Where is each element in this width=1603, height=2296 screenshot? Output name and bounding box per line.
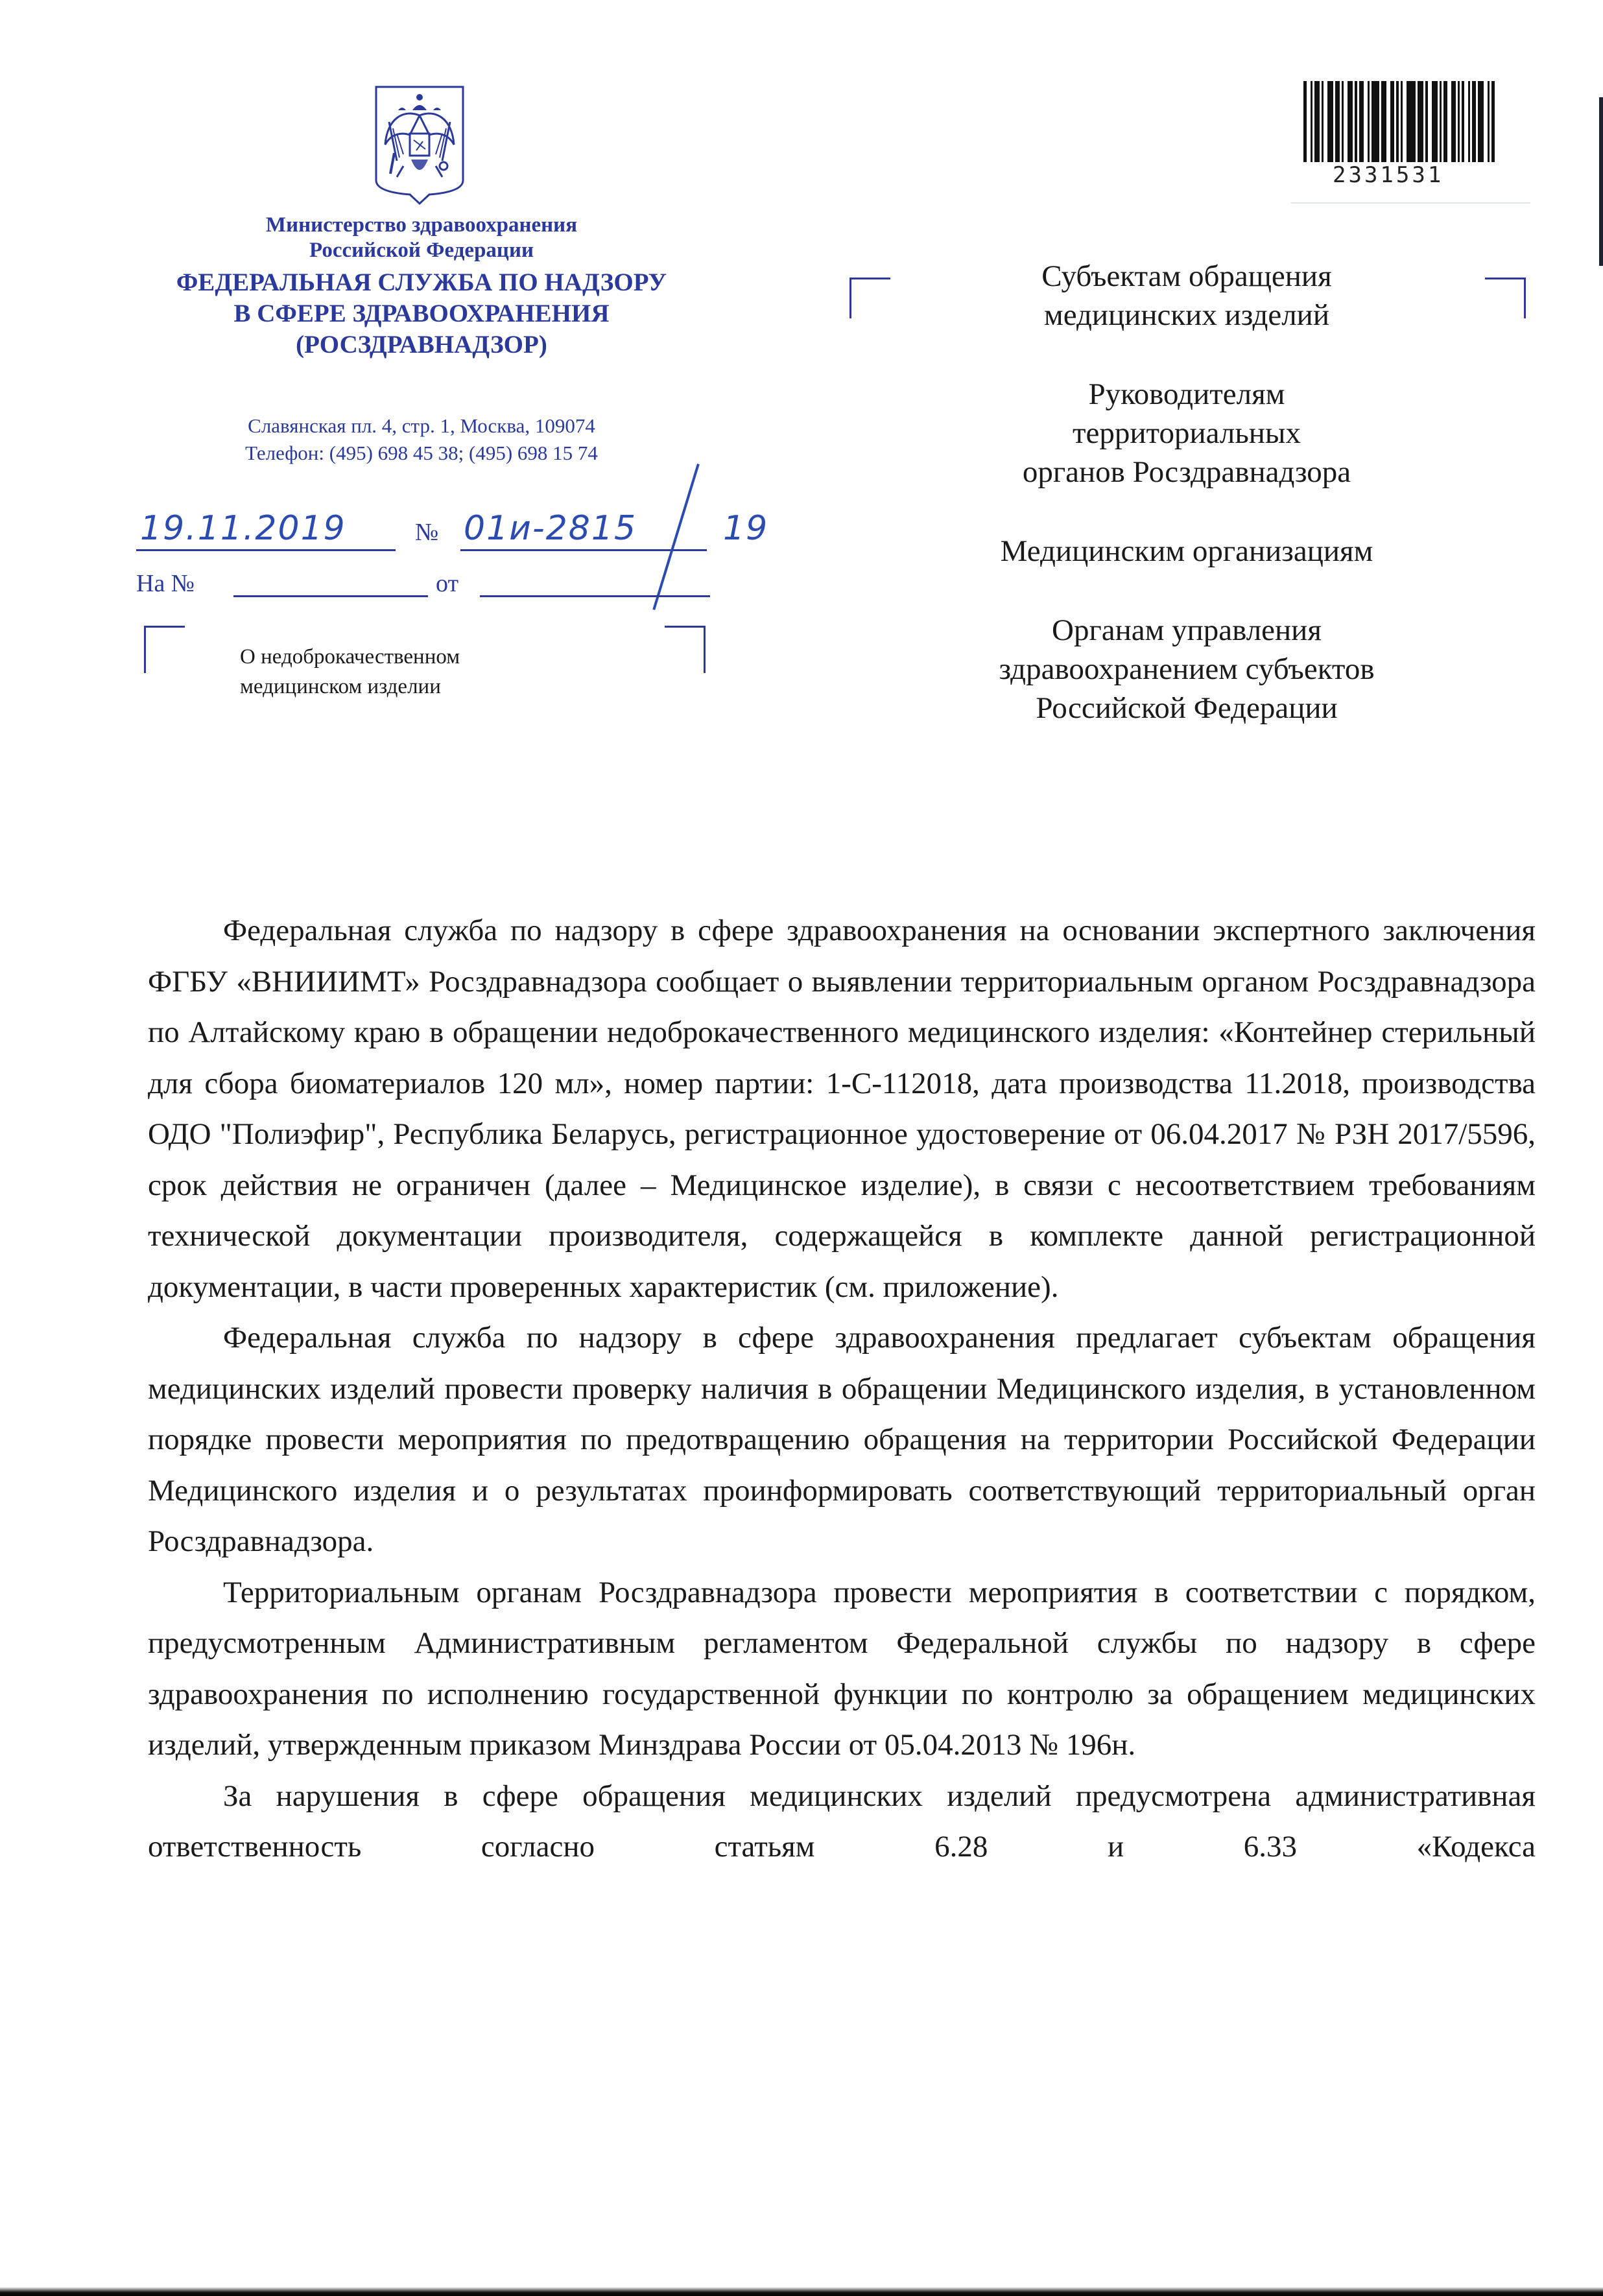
barcode-bar — [1303, 81, 1307, 162]
reply-date-label: от — [436, 569, 458, 598]
barcode-bar — [1355, 81, 1357, 162]
barcode-divider — [1290, 202, 1530, 204]
registration-number-suffix: 19 — [723, 509, 768, 548]
reply-number-label: На № — [136, 569, 195, 598]
barcode-bar — [1472, 81, 1476, 162]
date-underline — [136, 549, 396, 551]
registration-line: 19.11.2019 № 01и-2815 19 — [136, 509, 817, 554]
address-line: Славянская пл. 4, стр. 1, Москва, 109074 — [130, 412, 713, 440]
barcode-bar — [1440, 81, 1442, 162]
service-name: ФЕДЕРАЛЬНАЯ СЛУЖБА ПО НАДЗОРУ В СФЕРЕ ЗД… — [130, 267, 713, 361]
barcode-bar — [1335, 81, 1340, 162]
subject-bracket-left — [144, 626, 185, 673]
barcode-number: 2331531 — [1333, 162, 1495, 188]
barcode-bar — [1418, 81, 1423, 162]
barcode-bar — [1451, 81, 1456, 162]
phone-line: Телефон: (495) 698 45 38; (495) 698 15 7… — [130, 440, 713, 467]
barcode-bar — [1468, 81, 1470, 162]
body-paragraph: Федеральная служба по надзору в сфере зд… — [148, 905, 1536, 1312]
reply-reference-line: На № от — [136, 569, 720, 602]
barcode-bar — [1396, 81, 1399, 162]
letter-subject: О недоброкачественном медицинском издели… — [240, 642, 629, 702]
barcode-bar — [1342, 81, 1344, 162]
addressee-bracket-right — [1485, 278, 1526, 318]
barcode-bar — [1407, 81, 1416, 162]
addressee-item: Субъектам обращения медицинских изделий — [934, 257, 1440, 335]
barcode-bar — [1381, 81, 1386, 162]
registration-number: 01и-2815 — [464, 509, 637, 548]
barcode-bar — [1314, 81, 1320, 162]
barcode-bar — [1401, 81, 1403, 162]
body-paragraph: За нарушения в сфере обращения медицинск… — [148, 1771, 1536, 1873]
barcode-bar — [1371, 81, 1379, 162]
page-right-edge — [1599, 97, 1603, 266]
barcode-bar — [1311, 81, 1312, 162]
addressee-item: Руководителям территориальных органов Ро… — [934, 375, 1440, 491]
barcode-bar — [1322, 81, 1324, 162]
barcode-bar — [1462, 81, 1464, 162]
subject-bracket-right — [665, 626, 706, 673]
organization-contacts: Славянская пл. 4, стр. 1, Москва, 109074… — [130, 412, 713, 467]
barcode-bar — [1327, 81, 1333, 162]
letter-body: Федеральная служба по надзору в сфере зд… — [148, 905, 1536, 1873]
addressee-item: Медицинским организациям — [934, 532, 1440, 571]
barcode-bar — [1488, 81, 1490, 162]
registration-date: 19.11.2019 — [140, 509, 346, 548]
document-barcode — [1303, 81, 1498, 162]
russian-coat-of-arms-icon — [371, 83, 468, 206]
barcode-bar — [1458, 81, 1460, 162]
barcode-bar — [1368, 81, 1370, 162]
barcode-bar — [1425, 81, 1428, 162]
reply-number-field — [233, 595, 428, 597]
ministry-name: Министерство здравоохранения Российской … — [130, 213, 713, 263]
reply-date-field — [480, 595, 710, 597]
barcode-bar — [1432, 81, 1438, 162]
barcode-bar — [1348, 81, 1353, 162]
barcode-bar — [1390, 81, 1394, 162]
body-paragraph: Федеральная служба по надзору в сфере зд… — [148, 1312, 1536, 1567]
barcode-bar — [1359, 81, 1364, 162]
addressee-item: Органам управления здравоохранением субъ… — [934, 611, 1440, 728]
scan-shadow — [0, 2287, 1603, 2296]
body-paragraph: Территориальным органам Росздравнадзора … — [148, 1567, 1536, 1771]
organization-header: Министерство здравоохранения Российской … — [130, 213, 713, 361]
barcode-bar — [1478, 81, 1484, 162]
number-sign: № — [415, 518, 438, 547]
barcode-bar — [1491, 81, 1495, 162]
barcode-bar — [1443, 81, 1447, 162]
addressee-bracket-left — [849, 278, 890, 318]
addressee-list: Субъектам обращения медицинских изделий … — [934, 257, 1440, 768]
